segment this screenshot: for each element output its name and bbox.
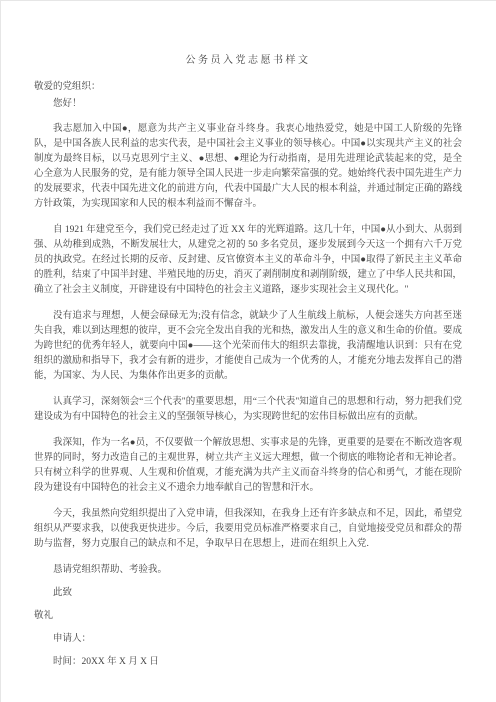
paragraph-pledge: 我志愿加入中国●，愿意为共产主义事业奋斗终身。我衷心地热爱党，她是中国工人阶级的… — [34, 122, 462, 212]
date-line: 时间：20XX 年 X 月 X 日 — [34, 655, 462, 670]
closing-request: 恳请党组织帮助、考验我。 — [34, 563, 462, 578]
closing-jingli: 敬礼 — [34, 609, 462, 624]
paragraph-ideals: 没有追求与理想，人便会碌碌无为;没有信念，就缺少了人生航线上航标，人便会迷失方向… — [34, 309, 462, 384]
paragraph-history: 自 1921 年建党至今，我们党已经走过了近 XX 年的光辉道路。这几十年，中国… — [34, 223, 462, 298]
closing-cizhi: 此致 — [34, 586, 462, 601]
document-page: 公务员入党志愿书样文 敬爱的党组织： 您好！ 我志愿加入中国●，愿意为共产主义事… — [0, 0, 496, 702]
paragraph-shortcomings: 今天，我虽然向党组织提出了入党申请，但我深知，在我身上还有许多缺点和不足，因此，… — [34, 507, 462, 552]
paragraph-selfcultivation: 我深知，作为一名●员，不仅要做一个解放思想、实事求是的先锋，更重要的是要在不断改… — [34, 436, 462, 496]
document-title: 公务员入党志愿书样文 — [34, 53, 462, 68]
paragraph-study: 认真学习，深刻领会“三个代表"的重要思想，用“三个代表"知道自己的思想和行动，努… — [34, 395, 462, 425]
applicant-line: 申请人： — [34, 632, 462, 647]
greeting: 您好！ — [34, 97, 462, 112]
salutation: 敬爱的党组织： — [34, 80, 462, 95]
